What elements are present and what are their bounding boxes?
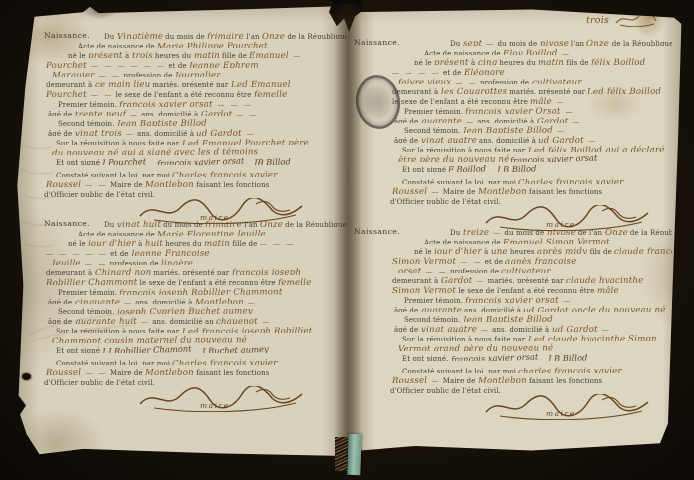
form-line: Second témoin, Jean Baptiste Billod [58, 116, 346, 126]
handwritten-text: vingt trois [75, 130, 122, 136]
form-line: d'Officier public de l'état civil. [44, 375, 346, 385]
printed-text: du mois de [163, 33, 207, 39]
form-line: Sur la réquisition à nous faite par Led … [56, 136, 346, 146]
form-line: Roussel — — Maire de Montlebon faisant l… [46, 365, 346, 375]
signature-caption: maire [546, 409, 576, 418]
witness-signature: françois xavier orsat [156, 156, 244, 164]
witness-signature: J Pourchet [102, 157, 146, 164]
form-line: le sexe de l'enfant a été reconnu être m… [392, 94, 672, 104]
form-line: né le présent à trois heures du matin fi… [68, 48, 346, 58]
ink-dash-fill: — [568, 118, 581, 124]
form-line: Et ont signé J J Robillier ChamontJ Buch… [56, 343, 346, 353]
form-line: demeurant à Gardot — mariés, présenté pa… [392, 273, 672, 283]
form-line: Constaté suivant la loi, par moi Charles… [56, 356, 346, 366]
handwritten-text: Marquier [52, 72, 95, 78]
printed-text: du mois de [502, 229, 546, 235]
form-line: — — — — et de Eléonore [392, 65, 672, 75]
mayor-signature-block: maire [482, 394, 658, 420]
handwritten-text: Montlebon [478, 188, 527, 194]
handwritten-text: matin [204, 240, 230, 246]
handwritten-text: agnès françoise [505, 258, 577, 264]
handwritten-text: cultivateur [531, 79, 581, 85]
handwritten-text: Jean Baptiste Billod [463, 316, 553, 322]
handwritten-text: orsat [398, 268, 421, 274]
form-line: — — — — — et de Jeanne Françoise [46, 246, 346, 256]
form-line: âgé de vingt trois — ans, domicilié à ud… [48, 126, 346, 136]
handwritten-text: trois [132, 52, 153, 58]
handwritten-text: françois joseph Robillier Chammont [119, 288, 283, 294]
handwritten-text: françois xavier Orsat [465, 107, 561, 113]
handwritten-text: Roussel [46, 369, 81, 375]
printed-text: Et ont signé [56, 347, 102, 353]
handwritten-text: Jean Baptiste Billod [463, 127, 553, 133]
ink-dash-fill: — — — [260, 240, 295, 246]
printed-text: l'an [569, 40, 587, 46]
form-line: Sur la réquisition à nous faite par Led … [402, 332, 672, 342]
handwritten-text: Montlebon [145, 369, 194, 375]
handwritten-text: quarante [421, 306, 462, 312]
handwritten-text: françois xavier orsat [119, 100, 213, 106]
ink-dash-fill: — — [456, 258, 482, 264]
form-line: Du Vingtième du mois de frimaire l'an On… [104, 29, 346, 39]
ink-dash-fill: — — [87, 91, 113, 97]
handwritten-text: françois joseph [231, 269, 300, 275]
handwritten-text: Montlebon [145, 181, 194, 187]
form-line: âgé de trente neuf — ans, domicilié à Ga… [48, 107, 346, 117]
handwritten-text: nivose [546, 229, 575, 235]
printed-text: Premier témoin, [404, 297, 465, 303]
handwritten-text: huit [145, 240, 163, 246]
handwritten-text: Pourchet [46, 91, 87, 97]
form-line: âgé de cinquante — ans, domicilié à Mont… [48, 295, 346, 305]
form-line: Constaté suivant la loi, par moi charles… [402, 364, 672, 374]
form-line: Et ont signé. françois xavier orsatJ B B… [402, 351, 672, 361]
handwritten-text: Eléonore [464, 69, 505, 75]
handwritten-text: ud Gardot [196, 130, 242, 136]
handwritten-text: Vermot grand père du nouveau né [398, 345, 553, 351]
handwritten-text: Onze [260, 221, 283, 227]
printed-text: de la République. [283, 221, 346, 227]
ink-dash-fill: — — — — [392, 69, 441, 75]
ink-dash-fill: — [584, 137, 597, 143]
form-line: être père du nouveau néfrançois xavier o… [398, 152, 672, 162]
handwritten-text: Led Emanuel [231, 81, 291, 87]
handwritten-text: Charles françois xavier [172, 359, 278, 365]
form-line: du nouveau né qui a signé avec les d tém… [52, 145, 346, 155]
handwritten-text: Robillier Chammont [46, 279, 137, 285]
printed-text: ans, domicilié au [150, 318, 216, 324]
form-line: Pourchet — — le sexe de l'enfant a été r… [46, 87, 346, 97]
printed-text: Du [450, 229, 463, 235]
witness-signature: JB Billod [254, 157, 291, 164]
handwritten-text: présent [434, 59, 469, 65]
ink-dash-fill: — [482, 40, 495, 46]
printed-text: de la République. [285, 33, 346, 39]
birth-record-entry: Naissance.Du vingt huit du mois de frima… [44, 217, 346, 412]
ink-dash-fill: — [258, 318, 271, 324]
handwritten-text: vingt quatre [421, 137, 477, 143]
form-line: Du treize — du mois de nivose de l'an On… [450, 225, 672, 235]
handwritten-text: être père du nouveau né [398, 156, 510, 162]
form-line: Acte de naissance de Emanuel Simon Vermo… [424, 235, 672, 245]
record-type-label: Naissance. [44, 219, 90, 228]
form-line: Pourchet — — — — — — et de Jeanne Ephrem [46, 58, 346, 68]
form-line: âgé de quarante ans, domicilié à ud Gard… [394, 303, 672, 313]
handwritten-text: femelle [254, 91, 288, 97]
handwritten-text: lingère [161, 260, 193, 266]
handwritten-text: Emanuel Simon Vermot [503, 238, 610, 244]
ink-dash-fill: — [552, 98, 565, 104]
handwritten-text: une [491, 248, 508, 254]
form-line: Sur la réquisition à nous faite par Led … [56, 324, 346, 334]
form-line: Premier témoin, françois xavier orsat — … [58, 97, 346, 107]
printed-text: Premier témoin, [58, 289, 119, 295]
handwritten-text: Simon Vermot [392, 287, 456, 293]
form-line: âgé de quarante — ans, domicilié à Gardo… [394, 114, 672, 124]
printed-text: âgé de [48, 318, 75, 324]
handwritten-text: Roussel [392, 188, 427, 194]
form-line: Robillier Chammont le sexe de l'enfant a… [46, 275, 346, 285]
handwritten-text: Journalier [175, 72, 221, 78]
form-line: né le présent à cinq heures du matin fil… [414, 55, 672, 65]
handwritten-text: ud Gardot [538, 137, 584, 143]
handwritten-text: félix Boillod [591, 59, 645, 65]
handwritten-text: Roussel [46, 181, 81, 187]
printed-text: d'Officier public de l'état civil. [44, 191, 155, 197]
form-line: demeurant à les Cougrottes mariés, prése… [392, 84, 672, 94]
handwritten-text: chauenot [216, 318, 258, 324]
ink-dash-fill: — — [232, 111, 258, 117]
handwritten-text: Marie Philippe Pourchet [157, 42, 268, 48]
printed-text: ans, domicilié à [490, 326, 552, 332]
printed-text: et de [482, 258, 505, 264]
handwritten-text: ce main lieu [95, 81, 151, 87]
printed-text: d'Officier public de l'état civil. [390, 198, 501, 204]
printed-text: fille de [230, 240, 260, 246]
printed-text: Du [104, 221, 117, 227]
handwritten-text: claude hyacinthe [566, 277, 644, 283]
birth-record-entry: Naissance.Du sept — du mois de nivose l'… [390, 36, 672, 231]
ink-dash-fill: — [289, 52, 302, 58]
handwritten-text: Marie Florentine Jeuille [157, 230, 266, 236]
handwritten-text: présent [88, 52, 123, 58]
handwritten-text: Emanuel [249, 52, 289, 58]
form-line: Roussel — Maire de Montlebon faisant les… [392, 184, 672, 194]
ink-dash-fill: — — — [213, 101, 253, 107]
handwritten-text: trente neuf [75, 110, 126, 116]
ink-dash-fill: — [561, 108, 574, 114]
folio-number-text: trois [586, 15, 609, 26]
form-line: d'Officier public de l'état civil. [390, 383, 672, 393]
record-type-label: Naissance. [354, 38, 400, 47]
printed-text: fils de [587, 248, 614, 254]
form-line: Et ont signé J Pourchetfrançois xavier o… [56, 155, 346, 165]
printed-text: l'an [242, 221, 260, 227]
form-line: Second témoin, Jean Baptiste Billod — [404, 123, 672, 133]
handwritten-text: mâle [530, 98, 552, 104]
form-line: Constaté suivant la loi, par moi Charles… [402, 175, 672, 185]
signature-caption: maire [200, 401, 230, 410]
printed-text: faisant les fonctions [194, 181, 270, 187]
handwritten-text: Jean Baptiste Billod [117, 120, 207, 126]
handwritten-text: Vingtième [117, 33, 163, 39]
form-line: d'Officier public de l'état civil. [44, 187, 346, 197]
handwritten-text: Gardot [441, 277, 473, 283]
form-line: Second témoin, joseph Cyprien Buchet aum… [58, 304, 346, 314]
handwritten-text: Led claude hyacinthe Simon [527, 335, 656, 341]
printed-text: fils de [564, 59, 591, 65]
handwritten-text: après midy [537, 248, 587, 254]
printed-text: d'Officier public de l'état civil. [390, 387, 501, 393]
handwritten-text: matin [538, 59, 564, 65]
form-line: Simon Vermot — — et de agnès françoise [392, 254, 672, 264]
marbled-book-edge [335, 437, 348, 471]
handwritten-text: Onze [586, 40, 609, 46]
record-type-label: Naissance. [354, 227, 400, 236]
handwritten-text: Montlebon [478, 377, 527, 383]
handwritten-text: sept [463, 40, 482, 46]
handwritten-text: cinquante [75, 298, 120, 304]
book-spread-photo: Naissance.Du Vingtième du mois de frimai… [0, 0, 694, 480]
form-line: âgé de quarante huit — ans, domicilié au… [48, 314, 346, 324]
form-line: Simon Vermot le sexe de l'enfant a été r… [392, 283, 672, 293]
form-line: Acte de naissance de Marie Philippe Pour… [78, 39, 346, 49]
ink-dash-fill: — [597, 326, 610, 332]
form-line: Chammont cousin maternel du nouveau né [52, 333, 346, 343]
mayor-signature-block: maire [136, 386, 312, 412]
printed-text: d'Officier public de l'état civil. [44, 379, 155, 385]
form-line: demeurant à Chinard non mariés, présenté… [46, 265, 346, 275]
form-line: Premier témoin, françois xavier Orsat — [404, 104, 672, 114]
printed-text: le sexe de l'enfant a été reconnu être [113, 91, 254, 97]
printed-text: de la République. [628, 229, 672, 235]
birth-record-entry: Naissance.Du Vingtième du mois de frimai… [44, 29, 346, 224]
printed-text: de la République. [609, 40, 672, 46]
handwritten-text: Led félix Boillod qui a déclaré [527, 146, 664, 152]
printed-text: âgé de [394, 326, 421, 332]
birth-record-entry: Naissance.Du treize — du mois de nivose … [390, 225, 672, 420]
bookmark-ribbon [347, 434, 361, 475]
ink-dash-fill: — [489, 229, 502, 235]
printed-text: Premier témoin, [58, 101, 119, 107]
printed-text: Du [104, 33, 117, 39]
handwritten-text: Onze [262, 33, 285, 39]
ink-dash-fill: — — — — — [46, 250, 108, 256]
handwritten-text: Montlebon [195, 298, 244, 304]
form-line: Premier témoin, françois xavier orsat — [404, 293, 672, 303]
handwritten-text: jour d'hier [434, 248, 482, 254]
handwritten-text: Onze [605, 229, 628, 235]
form-line: faivre vieux — — profession de cultivate… [398, 75, 672, 85]
handwritten-text: claude françois [614, 248, 672, 254]
form-line: né le jour d'hier à une heures après mid… [414, 244, 672, 254]
printed-text: faisant les fonctions [527, 188, 603, 194]
printed-text: l'an [244, 33, 262, 39]
handwritten-text: treize [463, 229, 489, 235]
printed-text: âgé de [394, 137, 421, 143]
printed-text: âgé de [48, 130, 75, 136]
witness-signature: J B Billod [496, 164, 536, 171]
printed-text: faisant les fonctions [527, 377, 603, 383]
form-line: Second témoin, Jean Baptiste Billod [404, 312, 672, 322]
handwritten-text: Jeanne Françoise [131, 250, 210, 256]
ink-dash-fill: — [137, 318, 150, 324]
printed-text: et de [108, 250, 131, 256]
handwritten-text: françois xavier orsat [465, 296, 559, 302]
printed-text: Du [450, 40, 463, 46]
ink-dash-fill: — [477, 326, 490, 332]
handwritten-text: Gardot [537, 117, 569, 123]
form-line: Acte de naissance de Eloy Boillod — [424, 46, 672, 56]
witness-signature: J B Billod [548, 353, 588, 360]
form-line: Du vingt huit du mois de frimaire l'an O… [104, 217, 346, 227]
handwritten-text: quarante huit [75, 318, 137, 324]
printed-text: le sexe de l'enfant a été reconnu être [137, 279, 278, 285]
form-line: Roussel — Maire de Montlebon faisant les… [392, 373, 672, 383]
handwritten-text: Led Emanuel Pourchet père [181, 139, 308, 145]
handwritten-text: matin [194, 52, 220, 58]
handwritten-text: cultivateur [501, 268, 551, 274]
witness-signature: F Boillod [448, 164, 486, 171]
handwritten-text: ud Gardot [552, 326, 598, 332]
witness-signature: J Buchet aumey [202, 345, 269, 353]
printed-text: faisant les fonctions [194, 369, 270, 375]
handwritten-text: Chinard non [95, 269, 151, 275]
form-line: demeurant à ce main lieu mariés, présent… [46, 77, 346, 87]
ink-dash-fill: — [242, 130, 255, 136]
handwritten-text: Led félix Boillod [587, 88, 661, 94]
form-line: Marquier — — profession de Journalier [52, 68, 346, 78]
form-line: Jeuille — — profession de lingère [52, 256, 346, 266]
printed-text: le sexe de l'enfant a été reconnu être [392, 98, 530, 104]
form-line: Du sept — du mois de nivose l'an Onze de… [450, 36, 672, 46]
record-type-label: Naissance. [44, 31, 90, 40]
printed-text: et de [166, 62, 189, 68]
handwritten-text: jour d'hier [88, 240, 136, 246]
witness-signature: françois xavier orsat [451, 352, 539, 360]
printed-text: Et ont signé [402, 166, 448, 172]
handwritten-text: ud Gardot oncle du nouveau né [523, 306, 666, 312]
handwritten-text: nivose [540, 40, 569, 46]
handwritten-text: Jeuille [52, 260, 81, 266]
handwritten-text: charles françois xavier [518, 367, 622, 373]
form-line: orsat — — profession de cultivateur [398, 264, 672, 274]
handwritten-text: frimaire [207, 33, 244, 39]
form-line: né le jour d'hier à huit heures du matin… [68, 236, 346, 246]
left-page: Naissance.Du Vingtième du mois de frimai… [16, 5, 352, 457]
witness-signature: françois xavier orsat [509, 154, 597, 162]
handwritten-text: cinq [478, 59, 497, 65]
printed-text: du mois de [161, 221, 205, 227]
folio-paraph-flourish [614, 11, 658, 27]
form-line: Vermot grand père du nouveau né [398, 341, 672, 351]
printed-text: Et ont signé [56, 159, 102, 165]
printed-text: et de [441, 69, 464, 75]
form-line: Sur la réquisition à nous faite par Led … [402, 143, 672, 153]
right-page: trois Naissance.Du sept — du mois de niv… [348, 5, 682, 455]
handwritten-text: faivre vieux [398, 79, 451, 85]
printed-text: Premier témoin, [404, 108, 465, 114]
handwritten-text: joseph Cyprien Buchet aumey [117, 308, 253, 314]
printed-text: ans, domicilié à [477, 137, 539, 143]
folio-number: trois [586, 8, 680, 34]
form-line: Premier témoin, françois joseph Robillie… [58, 285, 346, 295]
form-line: Acte de naissance de Marie Florentine Je… [78, 227, 346, 237]
handwritten-text: Chammont cousin maternel du nouveau né [52, 336, 247, 343]
form-line: Roussel — — Maire de Montlebon faisant l… [46, 177, 346, 187]
ink-dash-fill: — — — — — — [87, 62, 166, 68]
printed-text: du mois de [495, 40, 539, 46]
handwritten-text: Charles françois xavier [518, 178, 624, 184]
form-line: Constaté suivant la loi, par moi Charles… [56, 168, 346, 178]
handwritten-text: Led françois joseph Robilliet [181, 327, 312, 333]
handwritten-text: Eloy Boillod [503, 49, 558, 55]
handwritten-text: Charles françois xavier [172, 171, 278, 177]
handwritten-text: vingt quatre [421, 326, 477, 332]
handwritten-text: frimaire [205, 221, 242, 227]
handwritten-text: du nouveau né qui a signé avec les d tém… [52, 148, 258, 155]
handwritten-text: femelle [278, 279, 312, 285]
witness-signature: J J Robillier Chamont [102, 344, 192, 352]
form-line: Et ont signé F BoillodJ B Billod [402, 162, 672, 172]
worm-hole [22, 373, 31, 380]
printed-text: ans, domicilié à [135, 130, 197, 136]
handwritten-text: Simon Vermot [392, 258, 456, 264]
form-line: âgé de vingt quatre — ans, domicilié à u… [394, 322, 672, 332]
printed-text: de l'an [576, 229, 605, 235]
form-line: d'Officier public de l'état civil. [390, 194, 672, 204]
handwritten-text: Pourchet [46, 62, 87, 68]
handwritten-text: Gardot [201, 110, 233, 116]
ink-dash-fill: — [559, 297, 572, 303]
handwritten-text: mâle [597, 287, 619, 293]
printed-text: le sexe de l'enfant a été reconnu être [456, 287, 597, 293]
printed-text: Et ont signé. [402, 355, 451, 361]
ink-dash-fill: — [122, 130, 135, 136]
handwritten-text: les Cougrottes [441, 88, 507, 94]
handwritten-text: quarante [421, 117, 462, 123]
handwritten-text: vingt huit [117, 221, 161, 227]
handwritten-text: Jeanne Ephrem [189, 62, 259, 68]
handwritten-text: Roussel [392, 377, 427, 383]
form-line: âgé de vingt quatre ans, domicilié à ud … [394, 133, 672, 143]
